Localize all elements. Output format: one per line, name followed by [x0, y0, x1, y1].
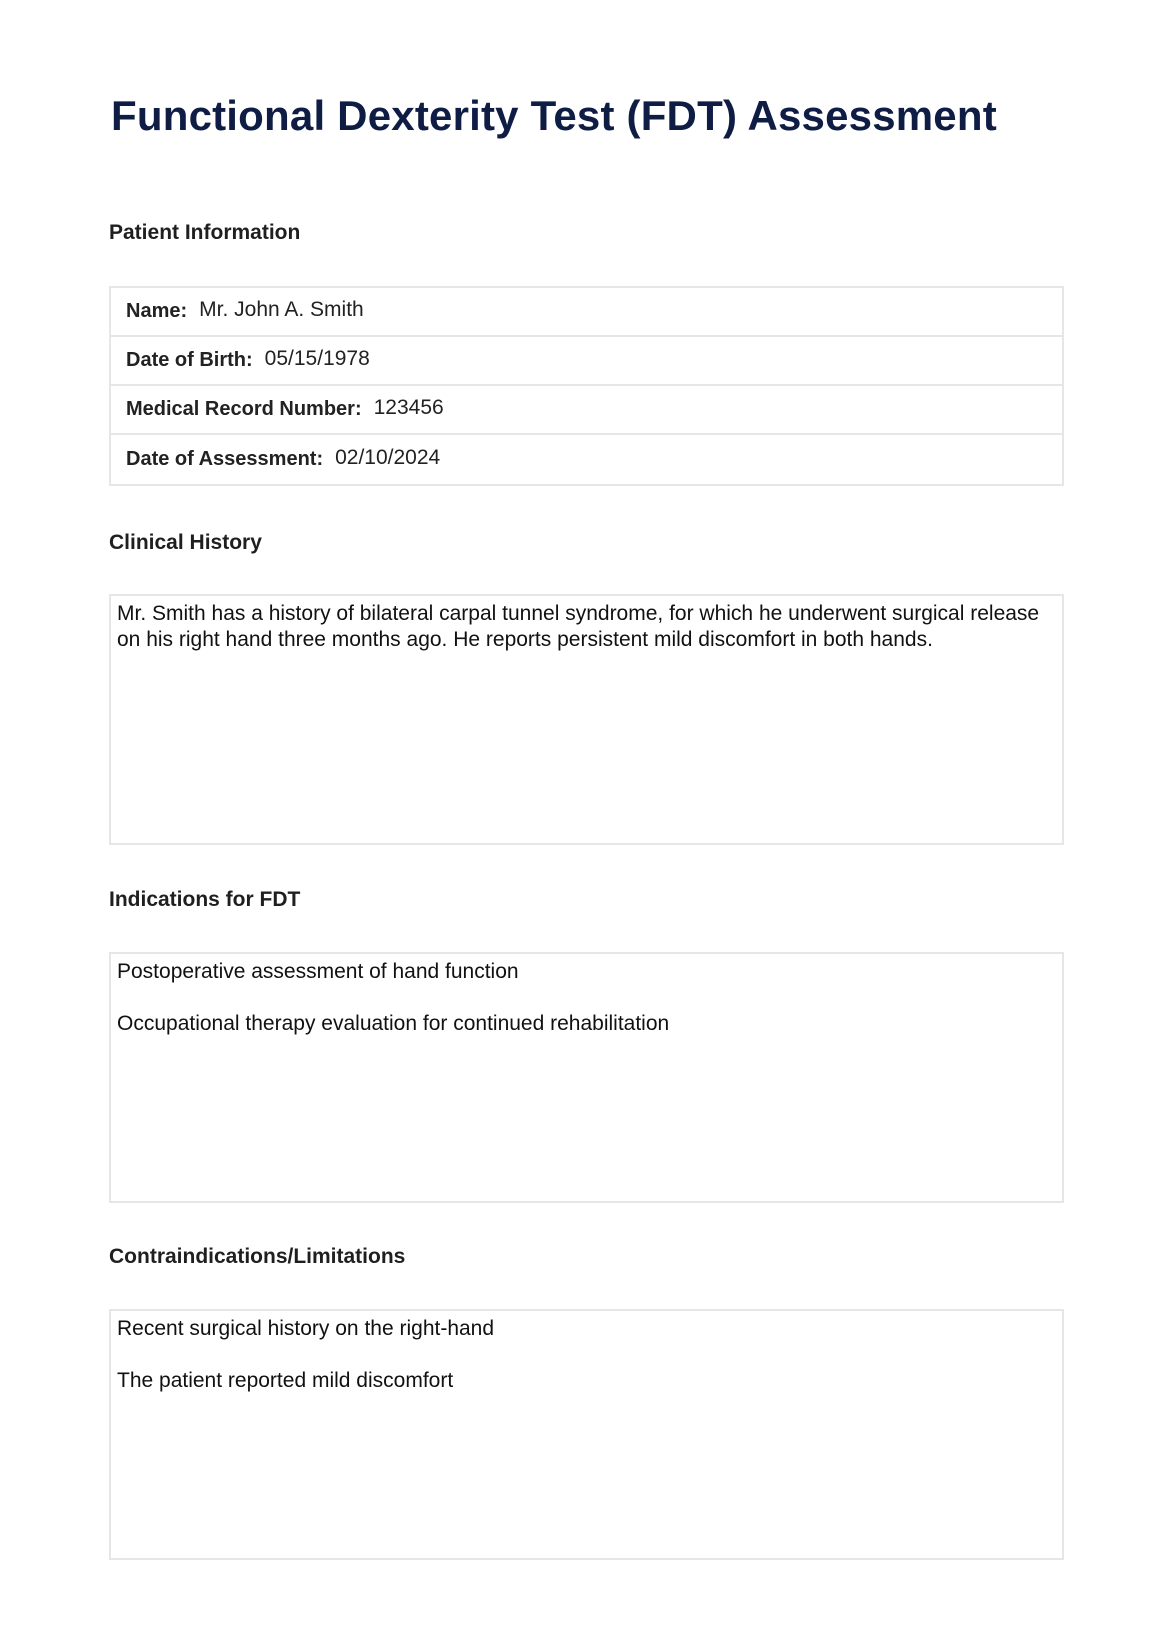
clinical-history-heading: Clinical History	[109, 531, 262, 555]
field-value: 05/15/1978	[265, 347, 370, 371]
field-date-of-assessment: Date of Assessment: 02/10/2024	[111, 435, 1062, 484]
patient-information-table: Name: Mr. John A. Smith Date of Birth: 0…	[109, 286, 1064, 486]
field-value: Mr. John A. Smith	[199, 298, 364, 322]
field-name: Name: Mr. John A. Smith	[111, 288, 1062, 337]
field-value: 123456	[374, 396, 444, 420]
clinical-history-box: Mr. Smith has a history of bilateral car…	[109, 594, 1064, 845]
field-medical-record-number: Medical Record Number: 123456	[111, 386, 1062, 435]
field-label: Date of Birth:	[126, 349, 253, 372]
indications-heading: Indications for FDT	[109, 888, 300, 912]
document-title: Functional Dexterity Test (FDT) Assessme…	[111, 92, 997, 140]
contraindications-heading: Contraindications/Limitations	[109, 1245, 405, 1269]
indication-item: Postoperative assessment of hand functio…	[117, 959, 1056, 985]
field-label: Date of Assessment:	[126, 448, 323, 471]
field-label: Medical Record Number:	[126, 398, 362, 421]
indications-box: Postoperative assessment of hand functio…	[109, 952, 1064, 1203]
clinical-history-text: Mr. Smith has a history of bilateral car…	[117, 601, 1056, 653]
contraindication-item: Recent surgical history on the right-han…	[117, 1316, 1056, 1342]
indication-item: Occupational therapy evaluation for cont…	[117, 1011, 1056, 1037]
contraindications-box: Recent surgical history on the right-han…	[109, 1309, 1064, 1560]
field-date-of-birth: Date of Birth: 05/15/1978	[111, 337, 1062, 386]
field-value: 02/10/2024	[335, 446, 440, 470]
patient-information-heading: Patient Information	[109, 221, 300, 245]
contraindication-item: The patient reported mild discomfort	[117, 1368, 1056, 1394]
field-label: Name:	[126, 300, 187, 323]
